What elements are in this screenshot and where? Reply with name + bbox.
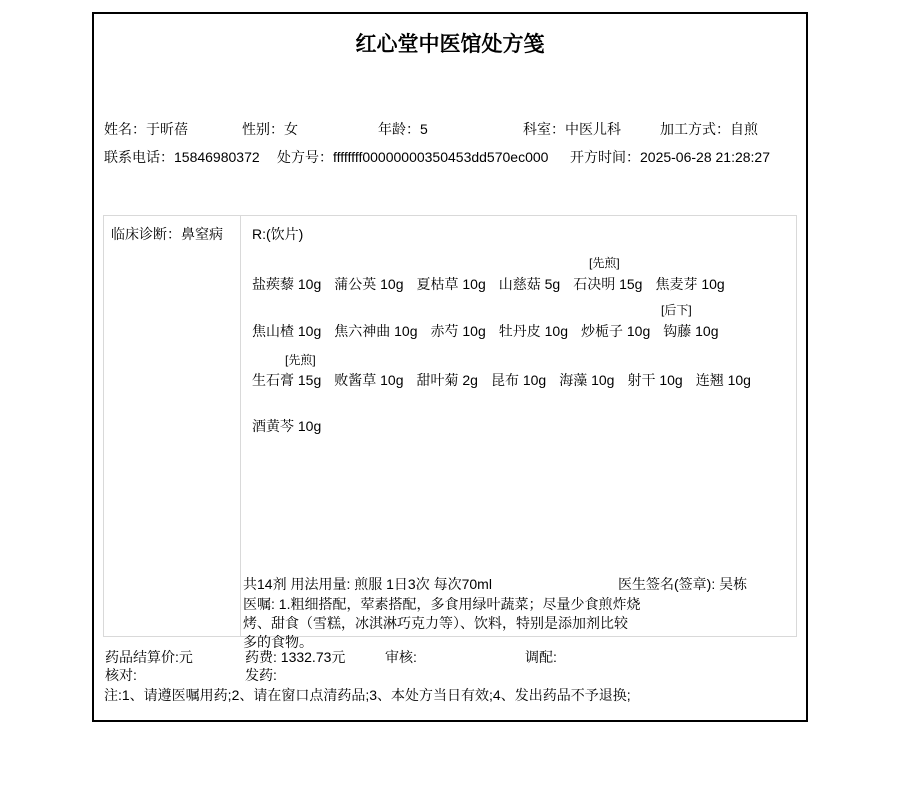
herb-item: 钩藤 10g (663, 323, 718, 339)
herb-item: 山慈菇 5g (499, 276, 560, 292)
herb-item: 牡丹皮 10g (499, 323, 568, 339)
issue-time-value: 2025-06-28 21:28:27 (640, 149, 770, 165)
herb-item: 射干 10g (627, 372, 682, 388)
herb-row: 焦山楂 10g焦六神曲 10g赤芍 10g牡丹皮 10g炒栀子 10g钩藤 10… (252, 324, 719, 339)
herb-item: 连翘 10g (696, 372, 751, 388)
medical-advice-line: 烤、甜食（雪糕，冰淇淋巧克力等）、饮料，特别是添加剂比较 (243, 614, 640, 633)
herb-item: 酒黄芩 10g (252, 418, 321, 434)
usage-label: 用法用量: (290, 576, 350, 592)
herb-row: 酒黄芩 10g (252, 419, 321, 434)
note-line: 注:1、请遵医嘱用药;2、请在窗口点清药品;3、本处方当日有效;4、发出药品不予… (104, 688, 631, 703)
medicine-fee-value: 1332.73元 (281, 649, 346, 665)
prescription-number-value: ffffffff00000000350453dd570ec000 (333, 149, 548, 165)
doctor-signature-label: 医生签名(签章): (618, 576, 715, 592)
phone-label: 联系电话： (104, 149, 174, 165)
review-field: 审核: (385, 650, 417, 665)
diagnosis-value: 鼻窒病 (181, 226, 223, 242)
department-label: 科室： (523, 121, 565, 137)
department-value: 中医儿科 (565, 121, 621, 137)
herb-item: 焦山楂 10g (252, 323, 321, 339)
patient-gender-field: 性别：女 (242, 122, 298, 137)
diagnosis-divider (240, 215, 241, 637)
issue-field: 发药: (245, 668, 277, 683)
page-title: 红心堂中医馆处方笺 (92, 33, 808, 57)
patient-age-field: 年龄：5 (378, 122, 428, 137)
herb-item: 焦麦芽 10g (655, 276, 724, 292)
phone-field: 联系电话：15846980372 (104, 150, 260, 165)
prescription-number-label: 处方号： (277, 149, 333, 165)
herb-item: 石决明 15g (573, 276, 642, 292)
herb-item: 昆布 10g (491, 372, 546, 388)
medical-advice: 医嘱: 1.粗细搭配，荤素搭配，多食用绿叶蔬菜；尽量少食煎炸烧 烤、甜食（雪糕，… (243, 595, 640, 652)
issue-time-field: 开方时间：2025-06-28 21:28:27 (570, 150, 770, 165)
patient-name-field: 姓名：于昕蓓 (104, 122, 188, 137)
phone-value: 15846980372 (174, 149, 260, 165)
dose-count: 共14剂 (243, 576, 287, 592)
medicine-fee-label: 药费: (245, 649, 277, 665)
rx-header: R:(饮片) (252, 227, 303, 242)
herb-item: 败酱草 10g (334, 372, 403, 388)
processing-method-label: 加工方式： (660, 121, 730, 137)
dispense-field: 调配: (525, 650, 557, 665)
settlement-price-label: 药品结算价: (105, 649, 179, 665)
issue-time-label: 开方时间： (570, 149, 640, 165)
patient-age-label: 年龄： (378, 121, 420, 137)
patient-age-value: 5 (420, 121, 428, 137)
usage-summary: 共14剂 用法用量: 煎服 1日3次 每次70ml (243, 577, 492, 592)
processing-method-field: 加工方式：自煎 (660, 122, 758, 137)
processing-method-value: 自煎 (730, 121, 758, 137)
medical-advice-line: 医嘱: 1.粗细搭配，荤素搭配，多食用绿叶蔬菜；尽量少食煎炸烧 (243, 595, 640, 614)
herb-item: 炒栀子 10g (581, 323, 650, 339)
herb-row: 盐蒺藜 10g蒲公英 10g夏枯草 10g山慈菇 5g石决明 15g焦麦芽 10… (252, 277, 725, 292)
herb-item: 赤芍 10g (431, 323, 486, 339)
settlement-price-field: 药品结算价:元 (105, 650, 193, 665)
herb-item: 蒲公英 10g (334, 276, 403, 292)
diagnosis-label: 临床诊断： (111, 226, 181, 242)
diagnosis-field: 临床诊断：鼻窒病 (111, 227, 223, 242)
check-field: 核对: (105, 668, 137, 683)
herb-item: 盐蒺藜 10g (252, 276, 321, 292)
herb-item: 夏枯草 10g (417, 276, 486, 292)
doctor-signature-field: 医生签名(签章): 吴栋 (618, 577, 747, 592)
herb-item: 焦六神曲 10g (334, 323, 417, 339)
settlement-price-unit: 元 (179, 649, 193, 665)
doctor-signature-value: 吴栋 (719, 576, 747, 592)
prescription-number-field: 处方号：ffffffff00000000350453dd570ec000 (277, 150, 548, 165)
prescription-page: 红心堂中医馆处方笺 姓名：于昕蓓 性别：女 年龄：5 科室：中医儿科 加工方式：… (0, 0, 900, 800)
decoction-tag: [先煎] (285, 354, 316, 367)
herb-item: 生石膏 15g (252, 372, 321, 388)
patient-name-label: 姓名： (104, 121, 146, 137)
medicine-fee-field: 药费: 1332.73元 (245, 650, 345, 665)
herb-item: 海藻 10g (559, 372, 614, 388)
department-field: 科室：中医儿科 (523, 122, 621, 137)
patient-gender-label: 性别： (242, 121, 284, 137)
herb-item: 甜叶菊 2g (417, 372, 478, 388)
decoction-tag: [先煎] (589, 257, 620, 270)
usage-value: 煎服 1日3次 每次70ml (354, 576, 492, 592)
herb-row: 生石膏 15g败酱草 10g甜叶菊 2g昆布 10g海藻 10g射干 10g连翘… (252, 373, 751, 388)
decoction-tag: [后下] (661, 304, 692, 317)
patient-name-value: 于昕蓓 (146, 121, 188, 137)
patient-gender-value: 女 (284, 121, 298, 137)
